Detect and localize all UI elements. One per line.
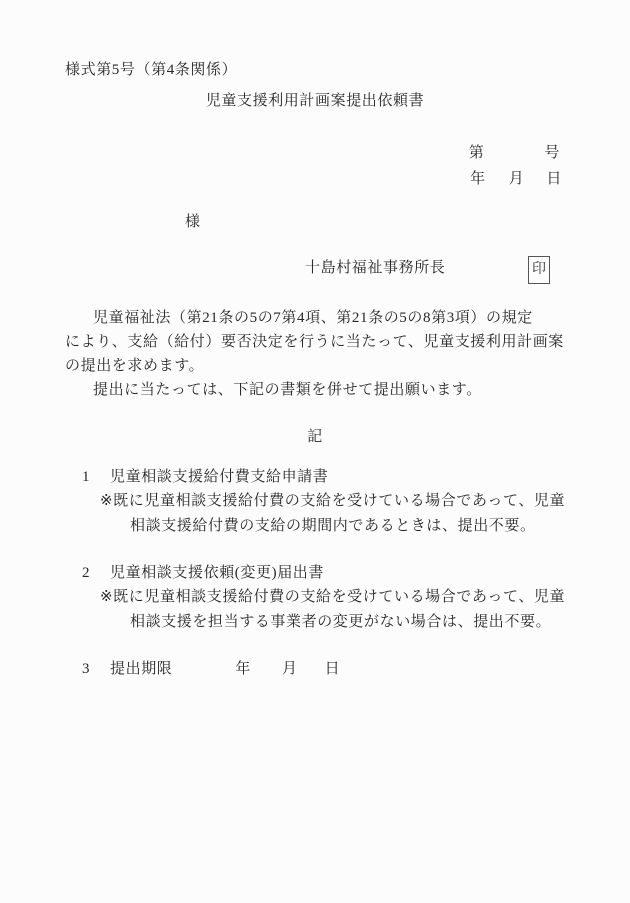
item-2-note-text-2: 相談支援を担当する事業者の変更がない場合は、提出不要。 <box>130 610 565 635</box>
item-3-head: 3 提出期限 年 月 日 <box>65 657 565 681</box>
addressee-honorific: 様 <box>185 214 201 230</box>
doc-number-prefix: 第 <box>469 145 485 161</box>
document-page: 様式第5号（第4条関係） 児童支援利用計画案提出依頼書 第号 年月日 様 十島村… <box>0 0 630 903</box>
item-2-note-text-1: 既に児童相談支援給付費の支給を受けている場合であって、児童 <box>113 585 565 610</box>
body-line-3: の提出を求めます。 <box>65 354 565 378</box>
deadline-year-label: 年 <box>235 657 251 681</box>
page-title: 児童支援利用計画案提出依頼書 <box>65 89 565 113</box>
date-day-label: 日 <box>546 171 562 187</box>
sender-line: 十島村福祉事務所長 印 <box>65 256 565 284</box>
doc-number-line: 第号 <box>65 141 565 165</box>
item-1-label: 児童相談支援給付費支給申請書 <box>110 465 328 489</box>
item-3-label: 提出期限 <box>110 657 172 681</box>
list-item: 3 提出期限 年 月 日 <box>65 657 565 681</box>
item-2-label: 児童相談支援依頼(変更)届出書 <box>110 561 324 585</box>
seal-stamp-box: 印 <box>528 256 550 284</box>
deadline-day-label: 日 <box>325 657 341 681</box>
item-2-head: 2 児童相談支援依頼(変更)届出書 <box>65 561 565 585</box>
date-line: 年月日 <box>65 167 565 191</box>
item-1-number: 1 <box>82 465 110 489</box>
deadline-month-label: 月 <box>282 657 298 681</box>
body-paragraph: 児童福祉法（第21条の5の7第4項、第21条の5の8第3項）の規定 により、支給… <box>65 306 565 402</box>
sender-title: 十島村福祉事務所長 <box>305 256 445 280</box>
item-2-note: ※ 既に児童相談支援給付費の支給を受けている場合であって、児童 <box>100 585 565 610</box>
body-line-4: 提出に当たっては、下記の書類を併せて提出願います。 <box>65 378 565 402</box>
note-marker-icon: ※ <box>100 585 113 610</box>
list-item: 2 児童相談支援依頼(変更)届出書 ※ 既に児童相談支援給付費の支給を受けている… <box>65 561 565 634</box>
doc-number-suffix: 号 <box>544 145 560 161</box>
body-line-1: 児童福祉法（第21条の5の7第4項、第21条の5の8第3項）の規定 <box>65 306 565 330</box>
date-month-label: 月 <box>509 171 525 187</box>
item-3-number: 3 <box>82 657 110 681</box>
item-list: 1 児童相談支援給付費支給申請書 ※ 既に児童相談支援給付費の支給を受けている場… <box>65 465 565 681</box>
item-1-note-text-2: 相談支援給付費の支給の期間内であるときは、提出不要。 <box>130 514 565 539</box>
seal-label: 印 <box>532 258 546 282</box>
item-1-head: 1 児童相談支援給付費支給申請書 <box>65 465 565 489</box>
item-1-note-text-1: 既に児童相談支援給付費の支給を受けている場合であって、児童 <box>113 489 565 514</box>
date-year-label: 年 <box>470 171 486 187</box>
item-2-number: 2 <box>82 561 110 585</box>
item-1-note: ※ 既に児童相談支援給付費の支給を受けている場合であって、児童 <box>100 489 565 514</box>
body-line-2: により、支給（給付）要否決定を行うに当たって、児童支援利用計画案 <box>65 330 565 354</box>
list-heading: 記 <box>65 425 565 449</box>
form-number: 様式第5号（第4条関係） <box>65 58 565 82</box>
list-item: 1 児童相談支援給付費支給申請書 ※ 既に児童相談支援給付費の支給を受けている場… <box>65 465 565 538</box>
note-marker-icon: ※ <box>100 489 113 514</box>
addressee-line: 様 <box>65 210 565 234</box>
